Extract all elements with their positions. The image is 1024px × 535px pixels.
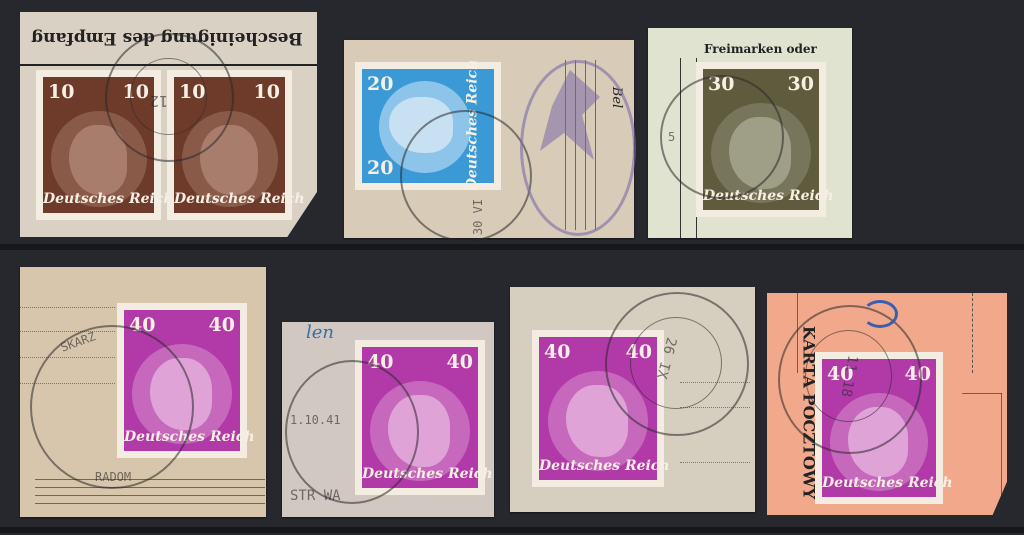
postmark-circle	[660, 75, 784, 199]
stamp-value: 20	[367, 73, 393, 95]
rule-line	[1001, 393, 1002, 503]
rule-line	[962, 393, 1002, 394]
postmark-inner-circle	[630, 317, 722, 409]
ruled-line	[20, 307, 115, 308]
stamp-value: 40	[209, 314, 235, 336]
postmark-date: 12	[150, 92, 168, 110]
rule-line	[972, 293, 974, 373]
postmark-district: STR WA	[290, 488, 341, 504]
stamp-value: 20	[367, 157, 393, 179]
postmark-circle	[400, 110, 532, 242]
stockpage-strip	[0, 244, 1024, 250]
stamp-legend: Deutsches Reich	[539, 458, 657, 474]
ruled-line	[680, 462, 750, 463]
handwriting-fragment: len	[306, 322, 334, 343]
blue-handwriting-mark	[862, 300, 898, 328]
postmark-circle	[30, 325, 194, 489]
rule-line	[35, 487, 265, 488]
stamp-value: 10	[48, 81, 74, 103]
stamp-legend: Deutsches Reich	[174, 191, 285, 207]
stamp-legend: Deutsches Reich	[43, 191, 154, 207]
stamp-value: 30	[788, 73, 814, 95]
postmark-inner-circle	[130, 58, 207, 135]
stamp-value: 40	[447, 351, 473, 373]
stockpage-strip	[0, 527, 1024, 533]
printed-text: Freimarken oder	[704, 42, 817, 56]
postmark-circle	[285, 360, 419, 504]
postmark-date: 30 VI	[471, 199, 485, 235]
postmark-date: 1.10.41	[290, 413, 341, 427]
stamp-value: 10	[254, 81, 280, 103]
rule-line	[35, 495, 265, 496]
rule-line	[35, 503, 265, 504]
stamp-legend: Deutsches Reich	[822, 475, 936, 491]
stamp-value: 40	[544, 341, 570, 363]
postmark-date: 5	[668, 130, 675, 144]
postmark-district: RADOM	[95, 470, 131, 484]
